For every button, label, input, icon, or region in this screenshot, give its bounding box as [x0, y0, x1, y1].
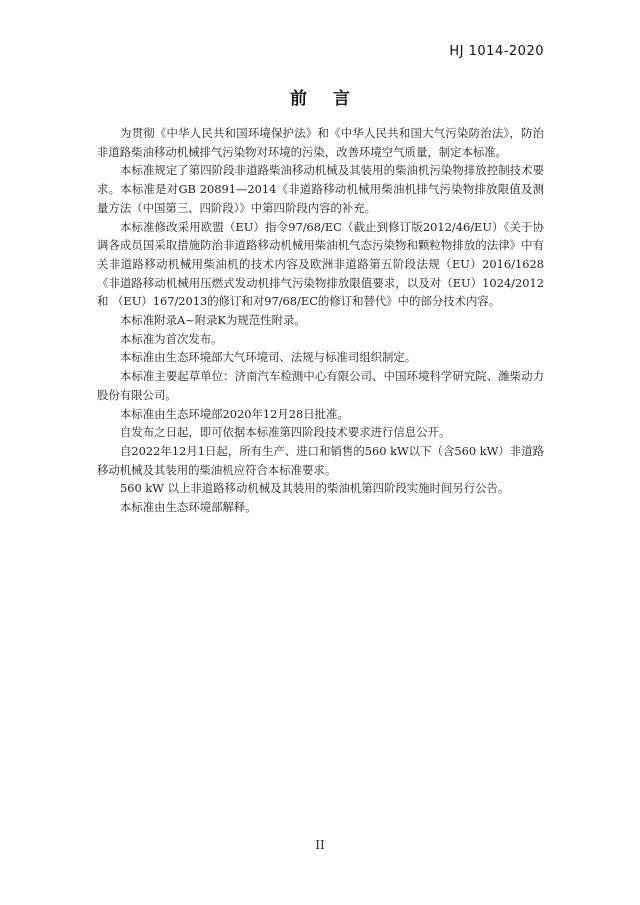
standard-code: HJ 1014-2020 — [449, 44, 544, 59]
paragraph-effective-date: 自2022年12月1日起，所有生产、进口和销售的560 kW以下（含560 kW… — [97, 442, 544, 479]
paragraph-disclosure: 自发布之日起，即可依据本标准第四阶段技术要求进行信息公开。 — [97, 423, 544, 442]
foreword-body: 为贯彻《中华人民共和国环境保护法》和《中华人民共和国大气污染防治法》，防治非道路… — [97, 124, 544, 517]
paragraph-first-release: 本标准为首次发布。 — [97, 330, 544, 349]
paragraph-drafters: 本标准主要起草单位：济南汽车检测中心有限公司、中国环境科学研究院、潍柴动力股份有… — [97, 367, 544, 404]
paragraph-approval: 本标准由生态环境部2020年12月28日批准。 — [97, 405, 544, 424]
page-number: II — [0, 838, 640, 852]
paragraph-organizer: 本标准由生态环境部大气环境司、法规与标准司组织制定。 — [97, 348, 544, 367]
paragraph-interpretation: 本标准由生态环境部解释。 — [97, 498, 544, 517]
paragraph-above-560kw: 560 kW 以上非道路移动机械及其装用的柴油机第四阶段实施时间另行公告。 — [97, 479, 544, 498]
paragraph-scope: 本标准规定了第四阶段非道路柴油移动机械及其装用的柴油机污染物排放控制技术要求。本… — [97, 161, 544, 217]
paragraph-appendix: 本标准附录A~附录K为规范性附录。 — [97, 311, 544, 330]
paragraph-adoption: 本标准修改采用欧盟（EU）指令97/68/EC（截止到修订版2012/46/EU… — [97, 218, 544, 312]
page-title: 前言 — [0, 84, 640, 109]
paragraph-purpose: 为贯彻《中华人民共和国环境保护法》和《中华人民共和国大气污染防治法》，防治非道路… — [97, 124, 544, 161]
